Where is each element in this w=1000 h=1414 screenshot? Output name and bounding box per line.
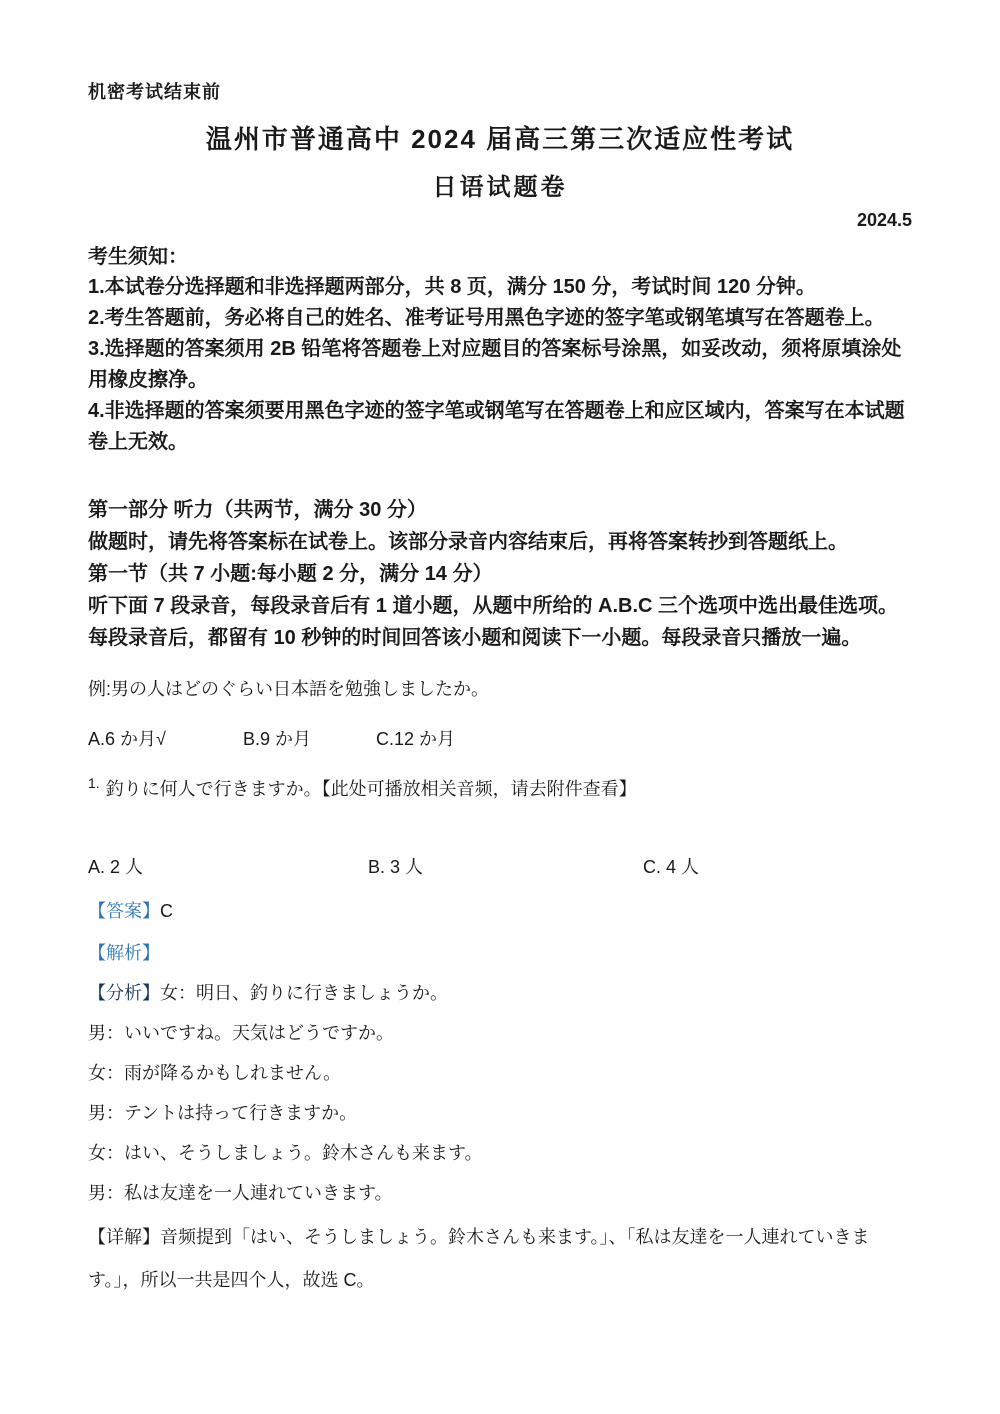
dialog-line-6: 男：私は友達を一人連れていきます。: [88, 1180, 912, 1206]
part1-heading: 第一部分 听力（共两节，满分 30 分）: [88, 494, 912, 526]
answer-label: 【答案】: [88, 901, 160, 921]
question-1-audio-note: 【此处可播放相关音频，请去附件查看】: [322, 779, 637, 799]
analysis-label: 【解析】: [88, 943, 160, 963]
dialog-line-3: 女：雨が降るかもしれません。: [88, 1060, 912, 1086]
question-1-option-c: C. 4 人: [643, 854, 912, 880]
dialog-line-1: 女：明日、釣りに行きましょうか。: [160, 983, 448, 1003]
example-options-row: A.6 か月√ B.9 か月 C.12 か月: [88, 726, 912, 752]
part1-section1-heading: 第一节（共 7 小题:每小题 2 分，满分 14 分）: [88, 558, 912, 590]
example-option-a: A.6 か月√: [88, 726, 243, 752]
breakdown-line: 【分析】女：明日、釣りに行きましょうか。: [88, 980, 912, 1006]
detail-text: 音频提到「はい、そうしましょう。鈴木さんも来ます。」、「私は友達を一人連れていき…: [88, 1227, 870, 1290]
part1-instruction: 做题时，请先将答案标在试卷上。该部分录音内容结束后，再将答案转抄到答题纸上。: [88, 526, 912, 558]
notice-item-1: 1.本试卷分选择题和非选择题两部分，共 8 页，满分 150 分，考试时间 12…: [88, 272, 912, 303]
detail-explanation: 【详解】音频提到「はい、そうしましょう。鈴木さんも来ます。」、「私は友達を一人連…: [88, 1216, 912, 1302]
question-1-number: 1.: [88, 775, 100, 791]
part1-directions-line1: 听下面 7 段录音，每段录音后有 1 道小题，从题中所给的 A.B.C 三个选项…: [88, 590, 912, 622]
dialog-line-4: 男：テントは持って行きますか。: [88, 1100, 912, 1126]
answer-value: C: [160, 901, 173, 921]
exam-date: 2024.5: [88, 208, 912, 232]
question-1-option-a: A. 2 人: [88, 854, 368, 880]
dialog-line-2: 男：いいですね。天気はどうですか。: [88, 1020, 912, 1046]
candidate-notice-heading: 考生须知：: [88, 242, 912, 272]
detail-label: 【详解】: [88, 1227, 160, 1247]
answer-line: 【答案】C: [88, 898, 912, 924]
dialog-line-5: 女：はい、そうしましょう。鈴木さんも来ます。: [88, 1140, 912, 1166]
question-1-options-row: A. 2 人 B. 3 人 C. 4 人: [88, 854, 912, 880]
analysis-label-line: 【解析】: [88, 940, 912, 966]
question-1-option-b: B. 3 人: [368, 854, 643, 880]
breakdown-label: 【分析】: [88, 983, 160, 1003]
example-question: 例:男の人はどのぐらい日本語を勉強しましたか。: [88, 676, 912, 702]
exam-paper-page: 机密考试结束前 温州市普通高中 2024 届高三第三次适应性考试 日语试题卷 2…: [0, 0, 1000, 1414]
question-1: 1.釣りに何人で行きますか。【此处可播放相关音频，请去附件查看】: [88, 770, 912, 802]
part1-directions-line2: 每段录音后，都留有 10 秒钟的时间回答该小题和阅读下一小题。每段录音只播放一遍…: [88, 622, 912, 654]
question-1-text: 釣りに何人で行きますか。: [106, 779, 322, 799]
example-option-c: C.12 か月: [376, 726, 455, 752]
example-option-b: B.9 か月: [243, 726, 376, 752]
notice-item-3: 3.选择题的答案须用 2B 铅笔将答题卷上对应题目的答案标号涂黑，如妥改动，须将…: [88, 334, 912, 396]
page-subtitle: 日语试题卷: [88, 172, 912, 204]
notice-item-4: 4.非选择题的答案须要用黑色字迹的签字笔或钢笔写在答题卷上和应区域内，答案写在本…: [88, 396, 912, 458]
confidential-notice: 机密考试结束前: [88, 80, 912, 104]
notice-item-2: 2.考生答题前，务必将自己的姓名、准考证号用黑色字迹的签字笔或钢笔填写在答题卷上…: [88, 303, 912, 334]
page-title: 温州市普通高中 2024 届高三第三次适应性考试: [88, 122, 912, 156]
